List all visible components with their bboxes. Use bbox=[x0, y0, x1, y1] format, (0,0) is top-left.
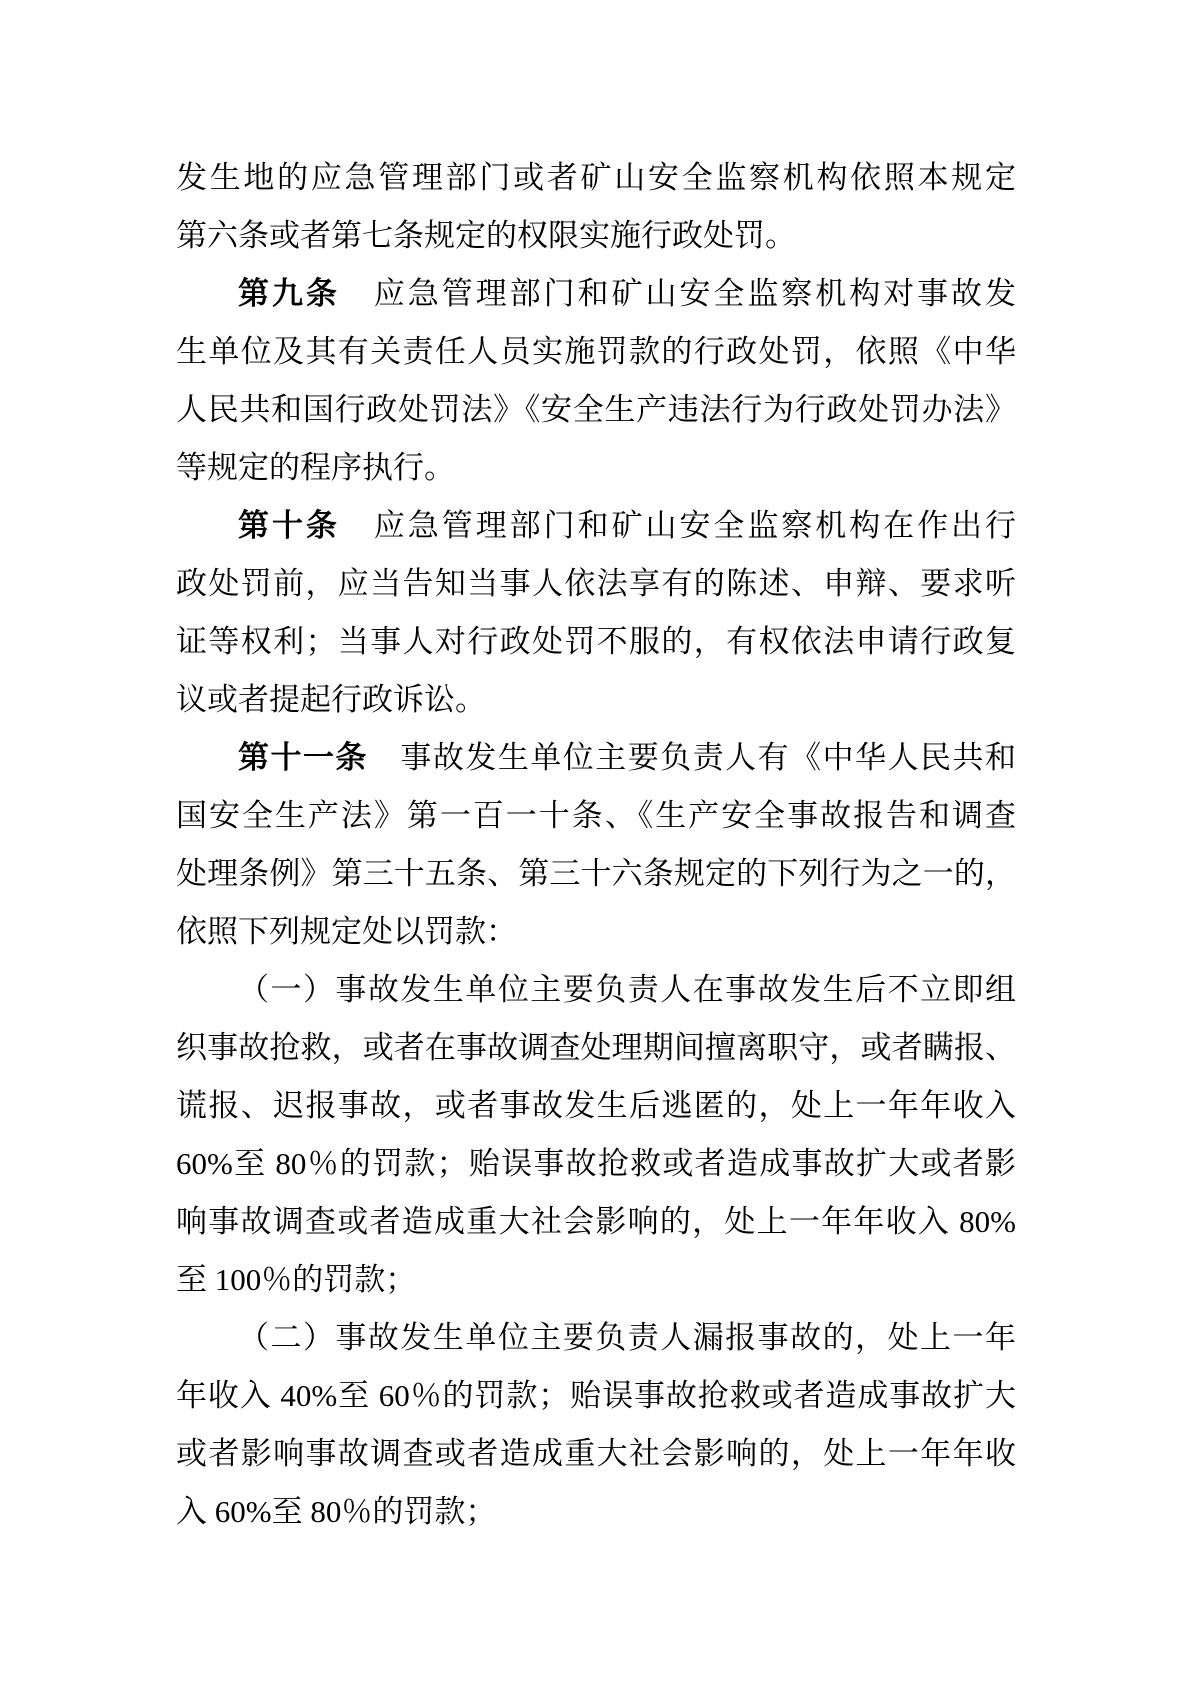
article-number-heading: 第十条 bbox=[238, 508, 340, 543]
document-line: 年收入 40%至 60％的罚款；贻误事故抢救或者造成事故扩大 bbox=[176, 1367, 1016, 1425]
document-line: 证等权利；当事人对行政处罚不服的，有权依法申请行政复 bbox=[176, 613, 1016, 671]
document-line: 或者影响事故调查或者造成重大社会影响的，处上一年年收 bbox=[176, 1425, 1016, 1483]
line-text: 政处罚前，应当告知当事人依法享有的陈述、申辩、要求听 bbox=[176, 566, 1016, 601]
line-text: 国安全生产法》第一百一十条、《生产安全事故报告和调查 bbox=[176, 798, 1016, 833]
document-line: 60%至 80％的罚款；贻误事故抢救或者造成事故扩大或者影 bbox=[176, 1135, 1016, 1193]
line-text: 证等权利；当事人对行政处罚不服的，有权依法申请行政复 bbox=[176, 624, 1016, 659]
document-line: 入 60%至 80％的罚款； bbox=[176, 1483, 1016, 1541]
article-number-heading: 第十一条 bbox=[238, 740, 368, 775]
document-line: 发生地的应急管理部门或者矿山安全监察机构依照本规定 bbox=[176, 149, 1016, 207]
line-text: 等规定的程序执行。 bbox=[176, 450, 455, 485]
line-text: （二）事故发生单位主要负责人漏报事故的，处上一年 bbox=[238, 1320, 1016, 1355]
line-text: 谎报、迟报事故，或者事故发生后逃匿的，处上一年年收入 bbox=[176, 1088, 1016, 1123]
document-line: 谎报、迟报事故，或者事故发生后逃匿的，处上一年年收入 bbox=[176, 1077, 1016, 1135]
line-text: 应急管理部门和矿山安全监察机构在作出行 bbox=[340, 508, 1016, 543]
document-line: 第九条 应急管理部门和矿山安全监察机构对事故发 bbox=[176, 265, 1016, 323]
line-text: 或者影响事故调查或者造成重大社会影响的，处上一年年收 bbox=[176, 1436, 1016, 1471]
document-line: 等规定的程序执行。 bbox=[176, 439, 1016, 497]
document-line: 第六条或者第七条规定的权限实施行政处罚。 bbox=[176, 207, 1016, 265]
line-text: 发生地的应急管理部门或者矿山安全监察机构依照本规定 bbox=[176, 160, 1016, 195]
line-text: 至 100％的罚款； bbox=[176, 1262, 416, 1297]
line-text: （一）事故发生单位主要负责人在事故发生后不立即组 bbox=[238, 972, 1016, 1007]
line-text: 60%至 80％的罚款；贻误事故抢救或者造成事故扩大或者影 bbox=[176, 1146, 1016, 1181]
document-line: 处理条例》第三十五条、第三十六条规定的下列行为之一的， bbox=[176, 845, 1016, 903]
line-text: 处理条例》第三十五条、第三十六条规定的下列行为之一的， bbox=[176, 856, 1016, 891]
document-line: 第十一条 事故发生单位主要负责人有《中华人民共和 bbox=[176, 729, 1016, 787]
line-text: 应急管理部门和矿山安全监察机构对事故发 bbox=[340, 276, 1016, 311]
line-text: 议或者提起行政诉讼。 bbox=[176, 682, 486, 717]
document-page: 发生地的应急管理部门或者矿山安全监察机构依照本规定第六条或者第七条规定的权限实施… bbox=[0, 0, 1190, 1683]
document-line: 人民共和国行政处罚法》《安全生产违法行为行政处罚办法》 bbox=[176, 381, 1016, 439]
document-line: 第十条 应急管理部门和矿山安全监察机构在作出行 bbox=[176, 497, 1016, 555]
document-text-container: 发生地的应急管理部门或者矿山安全监察机构依照本规定第六条或者第七条规定的权限实施… bbox=[176, 149, 1016, 1541]
document-line: （二）事故发生单位主要负责人漏报事故的，处上一年 bbox=[176, 1309, 1016, 1367]
document-line: 政处罚前，应当告知当事人依法享有的陈述、申辩、要求听 bbox=[176, 555, 1016, 613]
line-text: 织事故抢救，或者在事故调查处理期间擅离职守，或者瞒报、 bbox=[176, 1030, 1016, 1065]
article-number-heading: 第九条 bbox=[238, 276, 340, 311]
document-line: 织事故抢救，或者在事故调查处理期间擅离职守，或者瞒报、 bbox=[176, 1019, 1016, 1077]
line-text: 事故发生单位主要负责人有《中华人民共和 bbox=[368, 740, 1016, 775]
line-text: 入 60%至 80％的罚款； bbox=[176, 1494, 496, 1529]
line-text: 第六条或者第七条规定的权限实施行政处罚。 bbox=[176, 218, 796, 253]
document-line: （一）事故发生单位主要负责人在事故发生后不立即组 bbox=[176, 961, 1016, 1019]
document-line: 响事故调查或者造成重大社会影响的，处上一年年收入 80% bbox=[176, 1193, 1016, 1251]
document-line: 国安全生产法》第一百一十条、《生产安全事故报告和调查 bbox=[176, 787, 1016, 845]
document-line: 至 100％的罚款； bbox=[176, 1251, 1016, 1309]
document-line: 生单位及其有关责任人员实施罚款的行政处罚，依照《中华 bbox=[176, 323, 1016, 381]
document-line: 议或者提起行政诉讼。 bbox=[176, 671, 1016, 729]
document-line: 依照下列规定处以罚款： bbox=[176, 903, 1016, 961]
line-text: 响事故调查或者造成重大社会影响的，处上一年年收入 80% bbox=[176, 1204, 1016, 1239]
line-text: 人民共和国行政处罚法》《安全生产违法行为行政处罚办法》 bbox=[176, 392, 1016, 427]
line-text: 生单位及其有关责任人员实施罚款的行政处罚，依照《中华 bbox=[176, 334, 1016, 369]
line-text: 依照下列规定处以罚款： bbox=[176, 914, 517, 949]
line-text: 年收入 40%至 60％的罚款；贻误事故抢救或者造成事故扩大 bbox=[176, 1378, 1016, 1413]
